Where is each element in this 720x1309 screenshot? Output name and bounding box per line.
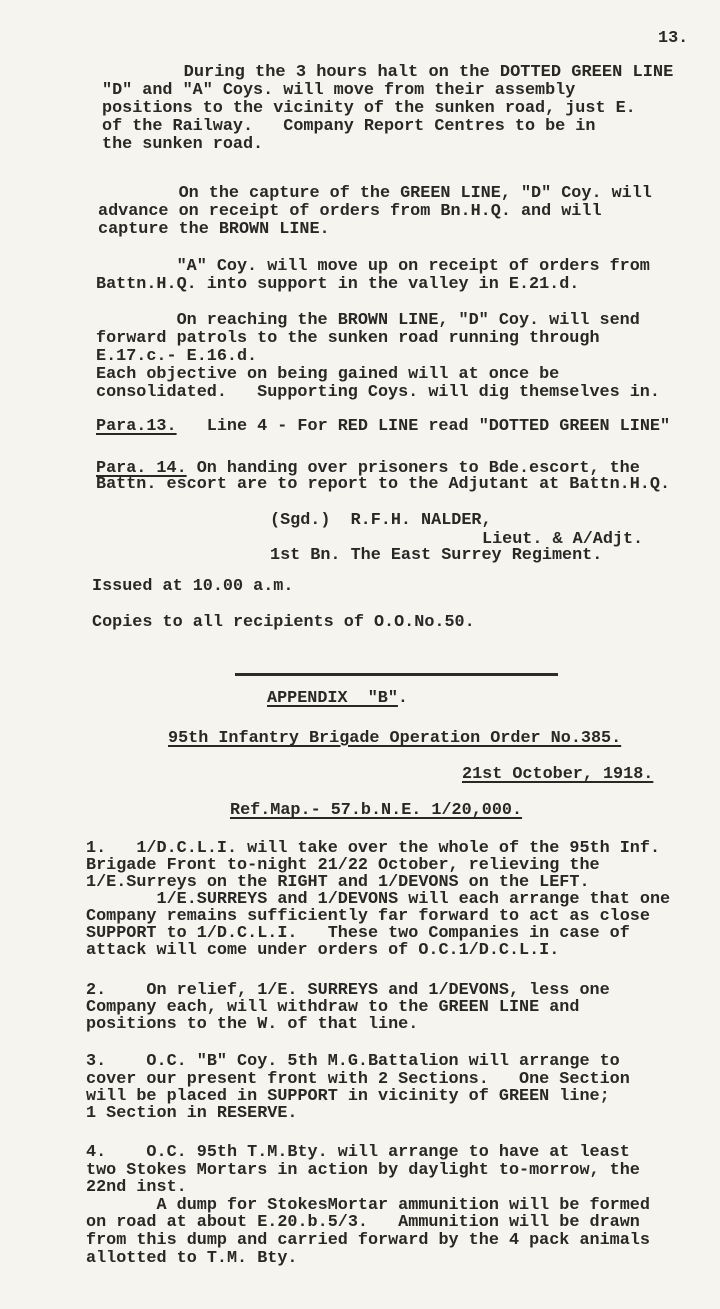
text-line: allotted to T.M. Bty.: [86, 1250, 297, 1268]
text-line: 1 Section in RESERVE.: [86, 1105, 297, 1123]
text-line: Battn.H.Q. into support in the valley in…: [96, 276, 579, 294]
text-line: the sunken road.: [102, 136, 263, 154]
text-line: consolidated. Supporting Coys. will dig …: [96, 384, 660, 402]
para-13-label: Para.13.: [96, 417, 177, 436]
order-title: 95th Infantry Brigade Operation Order No…: [168, 730, 621, 748]
para-13-text: Line 4 - For RED LINE read "DOTTED GREEN…: [177, 417, 670, 436]
text-line: attack will come under orders of O.C.1/D…: [86, 942, 559, 960]
text-line: During the 3 hours halt on the DOTTED GR…: [102, 64, 673, 82]
copies-note: Copies to all recipients of O.O.No.50.: [92, 614, 475, 632]
text-line: from this dump and carried forward by th…: [86, 1232, 650, 1250]
text-line: 22nd inst.: [86, 1179, 187, 1197]
para-13: Para.13. Line 4 - For RED LINE read "DOT…: [96, 418, 670, 436]
signature-name: (Sgd.) R.F.H. NALDER,: [270, 512, 492, 530]
page-number: 13.: [658, 30, 688, 48]
issued-time: Issued at 10.00 a.m.: [92, 578, 293, 596]
text-line: on road at about E.20.b.5/3. Ammunition …: [86, 1214, 640, 1232]
text-line: positions to the vicinity of the sunken …: [102, 100, 636, 118]
ref-map: Ref.Map.- 57.b.N.E. 1/20,000.: [230, 802, 522, 820]
text-line: positions to the W. of that line.: [86, 1016, 418, 1034]
text-line: On reaching the BROWN LINE, "D" Coy. wil…: [96, 312, 640, 330]
text-line: On the capture of the GREEN LINE, "D" Co…: [98, 185, 652, 203]
text-line: "D" and "A" Coys. will move from their a…: [102, 82, 575, 100]
document-page: 13. During the 3 hours halt on the DOTTE…: [0, 0, 720, 1309]
order-date: 21st October, 1918.: [462, 766, 653, 784]
text-line: Each objective on being gained will at o…: [96, 366, 559, 384]
text-line: "A" Coy. will move up on receipt of orde…: [96, 258, 650, 276]
text-line: capture the BROWN LINE.: [98, 221, 330, 239]
text-line: 3. O.C. "B" Coy. 5th M.G.Battalion will …: [86, 1053, 620, 1071]
text-line: Battn. escort are to report to the Adjut…: [96, 476, 670, 494]
text-line: advance on receipt of orders from Bn.H.Q…: [98, 203, 602, 221]
text-line: E.17.c.- E.16.d.: [96, 348, 257, 366]
text-line: 4. O.C. 95th T.M.Bty. will arrange to ha…: [86, 1144, 630, 1162]
appendix-title: APPENDIX "B".: [267, 690, 408, 708]
horizontal-rule: [235, 673, 558, 676]
signature-unit: 1st Bn. The East Surrey Regiment.: [270, 547, 602, 565]
text-line: forward patrols to the sunken road runni…: [96, 330, 600, 348]
text-line: of the Railway. Company Report Centres t…: [102, 118, 595, 136]
